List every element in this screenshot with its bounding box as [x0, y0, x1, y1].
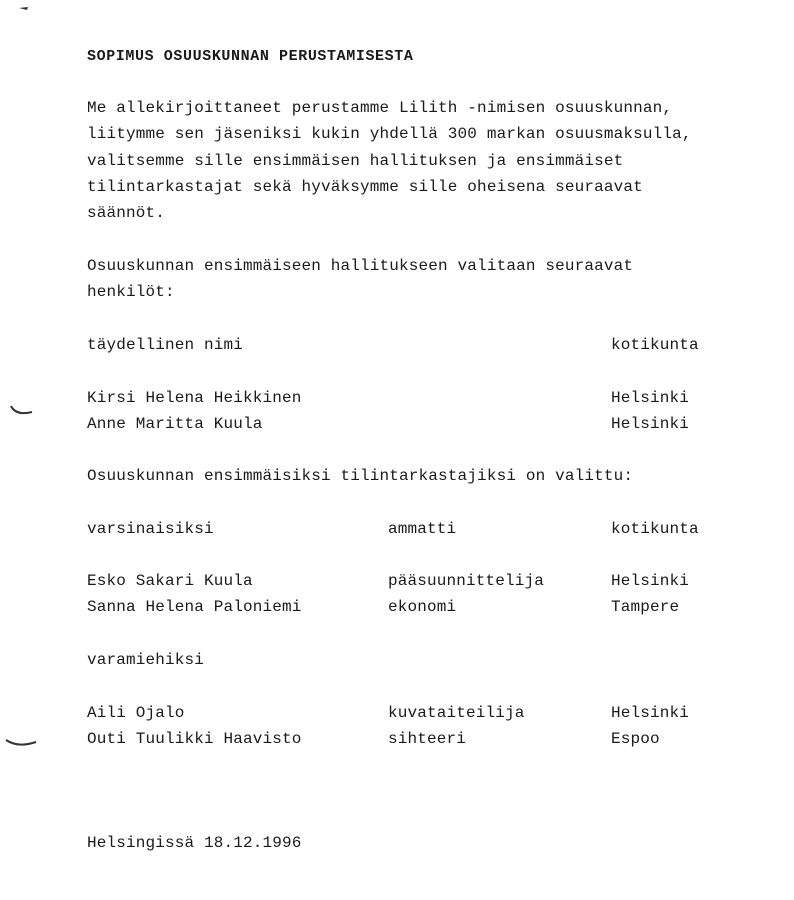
auditor-municipality: Tampere: [611, 597, 679, 617]
deputy-occupation: kuvataiteilija: [388, 703, 525, 723]
auditor-occupation: pääsuunnittelija: [388, 571, 544, 591]
board-member-name: Kirsi Helena Heikkinen: [87, 388, 302, 408]
auditors-header-municipality: kotikunta: [611, 519, 699, 539]
board-header-name: täydellinen nimi: [87, 335, 243, 355]
board-member-municipality: Helsinki: [611, 414, 689, 434]
deputy-municipality: Espoo: [611, 729, 660, 749]
auditors-header-occupation: ammatti: [388, 519, 456, 539]
board-member-municipality: Helsinki: [611, 388, 689, 408]
deputy-name: Outi Tuulikki Haavisto: [87, 729, 302, 749]
board-intro-line: Osuuskunnan ensimmäiseen hallitukseen va…: [87, 256, 633, 276]
deputy-municipality: Helsinki: [611, 703, 689, 723]
intro-line: liitymme sen jäseniksi kukin yhdellä 300…: [87, 124, 692, 144]
scan-mark-icon: [4, 736, 38, 750]
document-page: SOPIMUS OSUUSKUNNAN PERUSTAMISESTA Me al…: [0, 0, 794, 900]
document-title: SOPIMUS OSUUSKUNNAN PERUSTAMISESTA: [87, 47, 413, 67]
auditor-name: Sanna Helena Paloniemi: [87, 597, 302, 617]
intro-line: säännöt.: [87, 203, 165, 223]
intro-line: Me allekirjoittaneet perustamme Lilith -…: [87, 98, 672, 118]
scan-speck-icon: [18, 4, 30, 12]
deputy-name: Aili Ojalo: [87, 703, 185, 723]
auditor-municipality: Helsinki: [611, 571, 689, 591]
auditors-header-name: varsinaisiksi: [87, 519, 214, 539]
intro-line: tilintarkastajat sekä hyväksymme sille o…: [87, 177, 643, 197]
intro-line: valitsemme sille ensimmäisen hallituksen…: [87, 151, 623, 171]
deputies-label: varamiehiksi: [87, 650, 204, 670]
auditor-name: Esko Sakari Kuula: [87, 571, 253, 591]
board-intro-line: henkilöt:: [87, 282, 175, 302]
auditor-occupation: ekonomi: [388, 597, 456, 617]
auditors-intro: Osuuskunnan ensimmäisiksi tilintarkastaj…: [87, 466, 633, 486]
deputy-occupation: sihteeri: [388, 729, 466, 749]
board-header-municipality: kotikunta: [611, 335, 699, 355]
place-date: Helsingissä 18.12.1996: [87, 833, 302, 853]
scan-mark-icon: [8, 402, 34, 418]
board-member-name: Anne Maritta Kuula: [87, 414, 263, 434]
